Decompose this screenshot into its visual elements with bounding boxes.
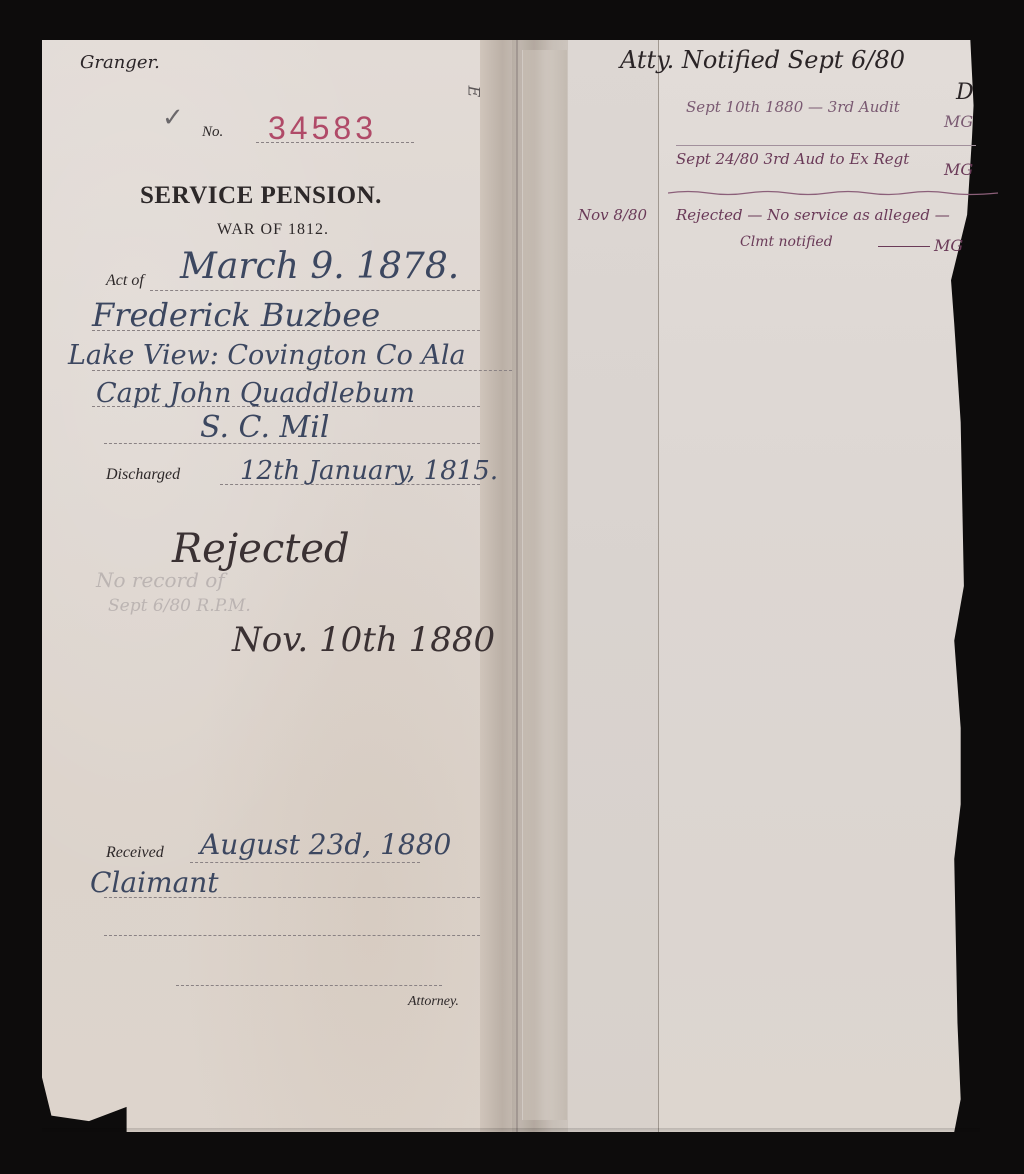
received-by: Claimant [90,866,219,899]
act-label: Act of [106,272,144,290]
status-date: Nov. 10th 1880 [232,620,495,660]
attorney-underline [176,985,442,986]
received-underline [190,862,420,863]
ledger-entry-3-initials: MG [934,236,963,255]
right-page-ledger [658,40,980,1132]
repair-tape [522,50,567,1120]
faint-note-line2: Sept 6/80 R.P.M. [108,596,251,616]
attorney-label: Attorney. [408,994,459,1010]
ledger-entry-3-line2: Clmt notified [740,234,833,250]
page-bottom-shadow [42,1128,980,1134]
middle-panel [568,40,660,1132]
corner-mark: E [464,86,483,98]
top-note-granger: Granger. [80,52,160,73]
faint-note-line1: No record of [96,568,225,592]
ledger-entry-1-initials: MG [944,112,973,131]
ledger-wavy-rule [668,190,998,196]
page-divider [658,40,659,1132]
ledger-entry-2: Sept 24/80 3rd Aud to Ex Regt [676,150,909,168]
document-subtitle: WAR OF 1812. [217,221,329,239]
act-date: March 9. 1878. [180,246,459,287]
ledger-dash-3 [878,246,930,247]
company: Capt John Quaddlebum [96,378,415,409]
regiment: S. C. Mil [200,410,329,445]
header-initial: D [956,80,974,105]
claimant-name: Frederick Buzbee [92,296,380,334]
act-underline [150,290,480,291]
file-number: 34583 [268,110,377,147]
middle-date-note: Nov 8/80 [578,206,647,224]
blank-underline [104,935,480,936]
received-date: August 23d, 1880 [200,828,451,861]
discharged-date: 12th January, 1815. [240,456,498,486]
attorney-notified-note: Atty. Notified Sept 6/80 [620,46,905,74]
check-mark-icon: ✓ [162,103,184,133]
status-rejected: Rejected [172,526,350,572]
document-scan: Granger. ✓ E No. 34583 SERVICE PENSION. … [0,0,1024,1174]
residence: Lake View: Covington Co Ala [68,340,466,371]
ledger-entry-3: Rejected — No service as alleged — [676,206,950,224]
received-label: Received [106,844,164,862]
ledger-entry-1: Sept 10th 1880 — 3rd Audit [686,98,900,116]
ledger-entry-2-initials: MG [944,160,973,179]
document-title: SERVICE PENSION. [140,182,382,210]
number-label: No. [202,124,223,141]
ledger-rule-1 [676,145,976,146]
discharged-label: Discharged [106,466,180,484]
